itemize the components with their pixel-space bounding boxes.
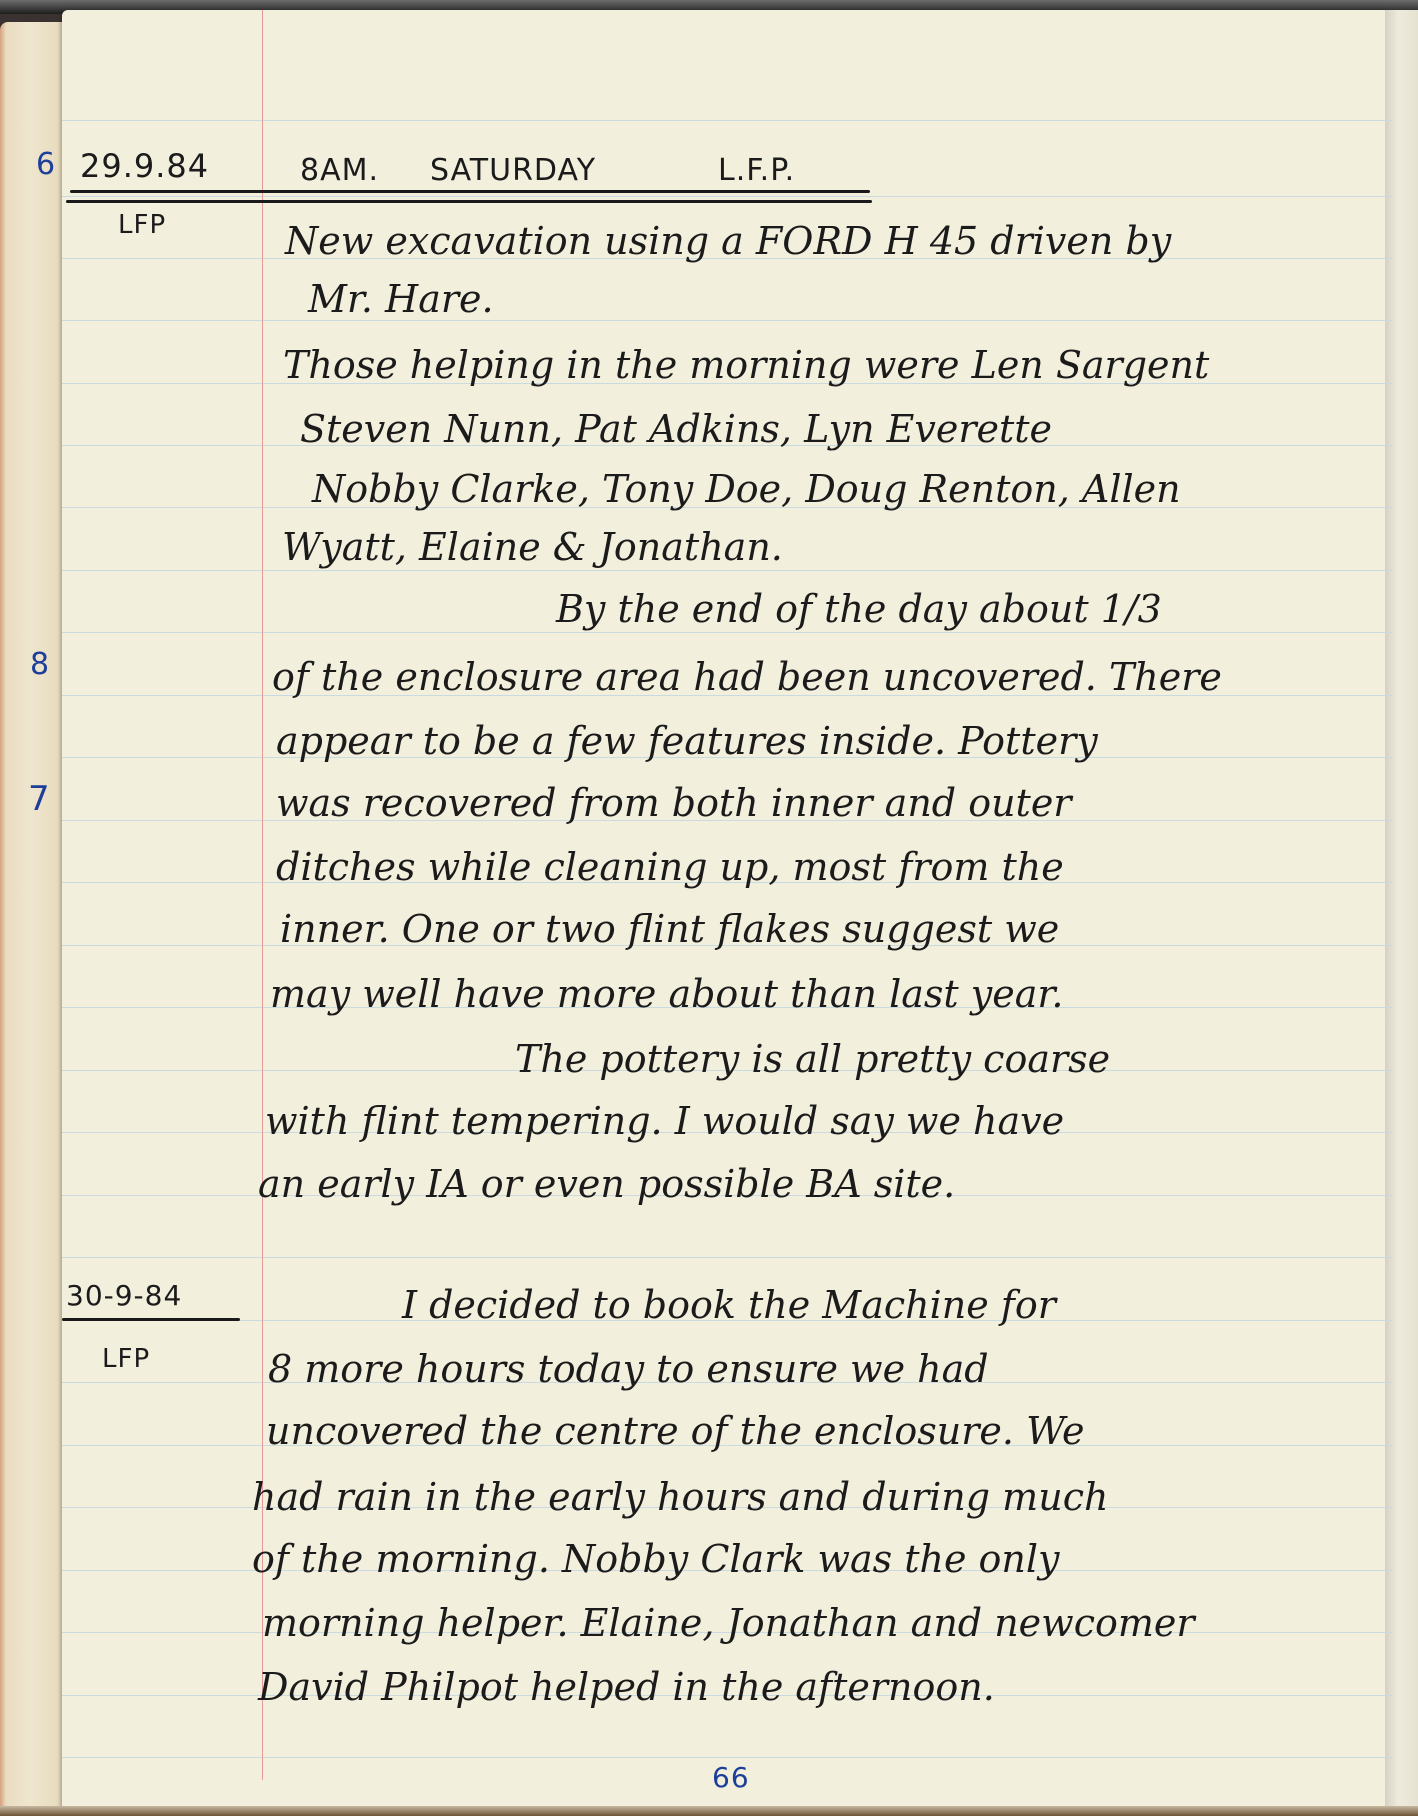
text-line: The pottery is all pretty coarse [515, 1040, 1110, 1078]
margin-number: 8 [30, 650, 50, 680]
entry-time: 8AM. [300, 156, 379, 186]
entry-date: 30-9-84 [66, 1282, 182, 1310]
text-line: of the morning. Nobby Clark was the only [252, 1540, 1060, 1578]
text-line: Nobby Clarke, Tony Doe, Doug Renton, All… [312, 470, 1181, 508]
text-line: I decided to book the Machine for [402, 1286, 1056, 1324]
text-line: may well have more about than last year. [270, 975, 1063, 1013]
text-line: Steven Nunn, Pat Adkins, Lyn Everette [300, 410, 1052, 448]
text-line: morning helper. Elaine, Jonathan and new… [262, 1604, 1195, 1642]
text-line: Mr. Hare. [308, 280, 494, 318]
text-line: had rain in the early hours and during m… [252, 1478, 1108, 1516]
text-line: appear to be a few features inside. Pott… [276, 722, 1098, 760]
text-line: uncovered the centre of the enclosure. W… [266, 1412, 1085, 1450]
margin-number: 6 [36, 150, 56, 180]
text-line: By the end of the day about 1/3 [556, 590, 1162, 628]
text-line: with flint tempering. I would say we hav… [265, 1102, 1064, 1140]
page-number: 66 [712, 1764, 750, 1792]
text-line: Wyatt, Elaine & Jonathan. [282, 528, 783, 566]
margin-site-label: LFP [118, 212, 166, 238]
text-line: was recovered from both inner and outer [276, 784, 1071, 822]
text-line: ditches while cleaning up, most from the [276, 848, 1064, 886]
text-line: 8 more hours today to ensure we had [268, 1350, 989, 1388]
header-underline [66, 200, 872, 203]
page-gutter-shadow [1385, 10, 1418, 1808]
entry-day: SATURDAY [430, 156, 596, 186]
margin-number: 7 [28, 782, 51, 816]
text-line: New excavation using a FORD H 45 driven … [285, 222, 1171, 260]
header-underline [70, 190, 870, 193]
text-line: Those helping in the morning were Len Sa… [283, 346, 1209, 384]
text-line: of the enclosure area had been uncovered… [272, 658, 1222, 696]
date-underline [62, 1318, 240, 1321]
entry-date: 29.9.84 [80, 150, 209, 182]
text-line: an early IA or even possible BA site. [258, 1165, 955, 1203]
entry-site: L.F.P. [718, 156, 795, 186]
notebook-bottom-edge [0, 1806, 1418, 1816]
text-line: David Philpot helped in the afternoon. [258, 1668, 995, 1706]
text-line: inner. One or two flint flakes suggest w… [280, 910, 1059, 948]
margin-site-label: LFP [102, 1346, 150, 1372]
stacked-page-edges [0, 22, 66, 1812]
